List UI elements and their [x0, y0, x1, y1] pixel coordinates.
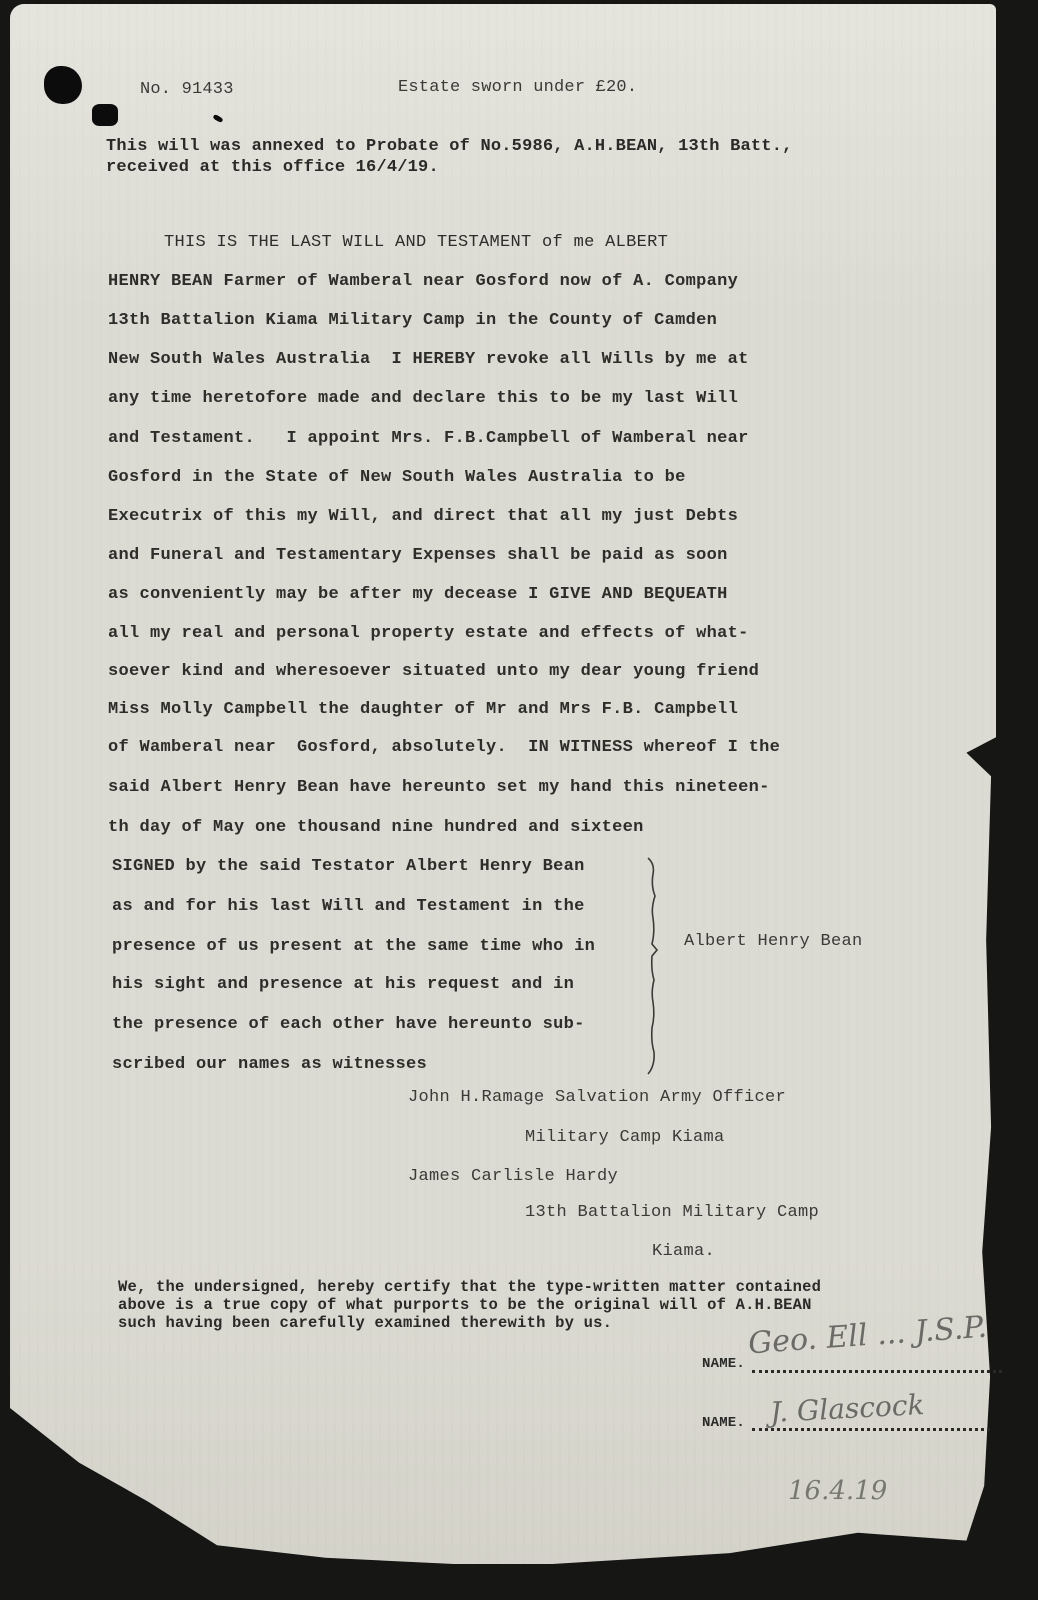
certification-line-3: such having been carefully examined ther…	[118, 1314, 612, 1332]
punch-hole-top	[44, 66, 82, 104]
attestation-line: presence of us present at the same time …	[112, 937, 595, 956]
witness-1-address: Military Camp Kiama	[525, 1128, 725, 1147]
will-line: New South Wales Australia I HEREBY revok…	[108, 350, 749, 369]
will-line: as conveniently may be after my decease …	[108, 585, 728, 604]
will-line: Miss Molly Campbell the daughter of Mr a…	[108, 700, 738, 719]
witness-1-name: John H.Ramage Salvation Army Officer	[408, 1088, 786, 1107]
will-line: any time heretofore made and declare thi…	[108, 389, 738, 408]
paper-tear-mark	[212, 114, 223, 123]
estate-value-note: Estate sworn under £20.	[398, 78, 637, 97]
signature-line-2	[752, 1428, 990, 1431]
attestation-line: scribed our names as witnesses	[112, 1055, 427, 1074]
certification-line-2: above is a true copy of what purports to…	[118, 1296, 812, 1314]
will-line: of Wamberal near Gosford, absolutely. IN…	[108, 738, 780, 757]
will-line: th day of May one thousand nine hundred …	[108, 818, 644, 837]
will-line: soever kind and wheresoever situated unt…	[108, 662, 759, 681]
witness-2-name: James Carlisle Hardy	[408, 1167, 618, 1186]
will-line: said Albert Henry Bean have hereunto set…	[108, 778, 770, 797]
will-line: all my real and personal property estate…	[108, 624, 749, 643]
signature-line-1	[752, 1370, 1002, 1373]
certification-line-1: We, the undersigned, hereby certify that…	[118, 1278, 821, 1296]
name-label-2: NAME.	[702, 1415, 745, 1431]
annex-note-line-2: received at this office 16/4/19.	[106, 158, 439, 177]
will-line: Executrix of this my Will, and direct th…	[108, 507, 738, 526]
testator-signature: Albert Henry Bean	[684, 932, 863, 951]
bracket-brace-icon	[646, 856, 660, 1076]
witness-2-address: 13th Battalion Military Camp	[525, 1203, 819, 1222]
document-number: No. 91433	[140, 80, 234, 99]
name-label-1: NAME.	[702, 1356, 745, 1372]
will-line: Gosford in the State of New South Wales …	[108, 468, 686, 487]
attestation-line: his sight and presence at his request an…	[112, 975, 574, 994]
will-line: and Testament. I appoint Mrs. F.B.Campbe…	[108, 429, 749, 448]
attestation-line: SIGNED by the said Testator Albert Henry…	[112, 857, 585, 876]
will-line: THIS IS THE LAST WILL AND TESTAMENT of m…	[164, 233, 668, 252]
punch-hole-bottom	[92, 104, 118, 126]
handwritten-date: 16.4.19	[788, 1476, 887, 1506]
will-line: HENRY BEAN Farmer of Wamberal near Gosfo…	[108, 272, 738, 291]
attestation-line: as and for his last Will and Testament i…	[112, 897, 585, 916]
witness-2-place: Kiama.	[652, 1242, 715, 1261]
attestation-line: the presence of each other have hereunto…	[112, 1015, 585, 1034]
will-line: 13th Battalion Kiama Military Camp in th…	[108, 311, 717, 330]
will-line: and Funeral and Testamentary Expenses sh…	[108, 546, 728, 565]
annex-note-line-1: This will was annexed to Probate of No.5…	[106, 137, 793, 156]
